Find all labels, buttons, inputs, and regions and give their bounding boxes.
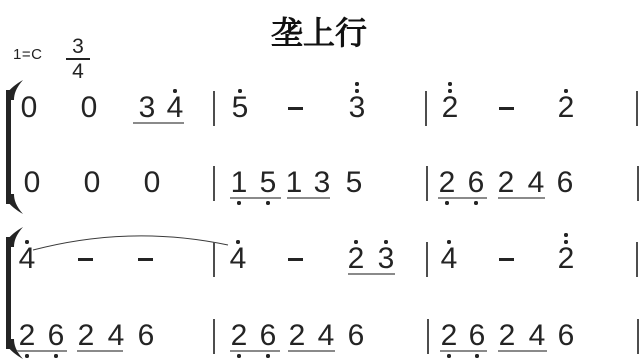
barline <box>213 319 215 354</box>
octave-dot <box>354 240 357 243</box>
note-digit: 4 <box>441 244 458 274</box>
beam-underline <box>498 350 547 352</box>
note-digit: 4 <box>19 244 36 274</box>
dash-rest-extension <box>499 107 514 110</box>
barline <box>637 166 639 201</box>
barline <box>213 242 215 277</box>
octave-dot <box>447 354 450 357</box>
beam-underline <box>438 197 487 199</box>
dash-rest-extension <box>288 258 303 261</box>
octave-dot <box>445 201 448 204</box>
octave-dot <box>384 240 387 243</box>
note-digit: 4 <box>528 168 545 198</box>
note-digit: 1 <box>231 168 248 198</box>
octave-dot <box>266 354 269 357</box>
dash-rest-extension <box>499 258 514 261</box>
dash-rest-extension <box>78 258 93 261</box>
octave-dot <box>237 201 240 204</box>
octave-dot <box>25 240 28 243</box>
note-digit: 2 <box>439 168 456 198</box>
octave-dot <box>236 240 239 243</box>
octave-dot <box>447 240 450 243</box>
note-digit: 6 <box>468 168 485 198</box>
beam-underline <box>498 197 545 199</box>
beam-underline <box>230 350 280 352</box>
barline <box>426 242 428 277</box>
octave-dot <box>564 233 567 236</box>
note-digit: 1 <box>286 168 303 198</box>
note-digit: 3 <box>139 93 156 123</box>
note-digit: 4 <box>230 244 247 274</box>
octave-dot <box>448 89 451 92</box>
note-digit: 5 <box>260 168 277 198</box>
sheet-music-page: 1=C 3 4 垄上行 0034532200015135262464423422… <box>0 0 643 364</box>
note-digit: 2 <box>289 321 306 351</box>
note-digit: 2 <box>498 168 515 198</box>
note-digit: 4 <box>167 93 184 123</box>
note-digit: 3 <box>314 168 331 198</box>
barline <box>636 242 638 277</box>
note-digit: 0 <box>21 93 38 123</box>
note-digit: 5 <box>346 168 363 198</box>
note-digit: 2 <box>499 321 516 351</box>
note-digit: 0 <box>81 93 98 123</box>
octave-dot <box>475 354 478 357</box>
octave-dot <box>474 201 477 204</box>
note-digit: 6 <box>469 321 486 351</box>
note-digit: 0 <box>144 168 161 198</box>
note-digit: 6 <box>557 168 574 198</box>
octave-dot <box>355 89 358 92</box>
octave-dot <box>25 354 28 357</box>
dash-rest-extension <box>138 258 153 261</box>
note-digit: 3 <box>349 93 366 123</box>
barline <box>213 91 215 126</box>
octave-dot <box>54 354 57 357</box>
barline <box>637 319 639 354</box>
note-digit: 2 <box>19 321 36 351</box>
octave-dot <box>266 201 269 204</box>
barline <box>425 91 427 126</box>
note-digit: 4 <box>108 321 125 351</box>
barline <box>426 166 428 201</box>
barline <box>636 91 638 126</box>
note-digit: 2 <box>558 244 575 274</box>
note-digit: 2 <box>441 321 458 351</box>
note-digit: 3 <box>378 244 395 274</box>
note-digit: 4 <box>529 321 546 351</box>
note-digit: 6 <box>138 321 155 351</box>
note-digit: 6 <box>48 321 65 351</box>
octave-dot <box>238 89 241 92</box>
octave-dot <box>237 354 240 357</box>
note-digit: 2 <box>348 244 365 274</box>
beam-underline <box>133 122 184 124</box>
beam-underline <box>17 350 67 352</box>
dash-rest-extension <box>288 107 303 110</box>
beam-underline <box>348 273 395 275</box>
note-digit: 5 <box>232 93 249 123</box>
octave-dot <box>564 240 567 243</box>
octave-dot <box>564 89 567 92</box>
note-digit: 6 <box>348 321 365 351</box>
note-digit: 2 <box>442 93 459 123</box>
note-digit: 0 <box>24 168 41 198</box>
score-area: 0034532200015135262464423422624626246262… <box>0 0 643 364</box>
note-digit: 4 <box>318 321 335 351</box>
beam-underline <box>77 350 123 352</box>
note-digit: 2 <box>231 321 248 351</box>
octave-dot <box>448 82 451 85</box>
note-digit: 6 <box>558 321 575 351</box>
octave-dot <box>173 89 176 92</box>
note-digit: 2 <box>558 93 575 123</box>
beam-underline <box>230 197 281 199</box>
note-digit: 0 <box>84 168 101 198</box>
barline <box>213 166 215 201</box>
beam-underline <box>287 197 330 199</box>
note-digit: 6 <box>260 321 277 351</box>
beam-underline <box>288 350 335 352</box>
octave-dot <box>355 82 358 85</box>
beam-underline <box>440 350 487 352</box>
barline <box>427 319 429 354</box>
note-digit: 2 <box>78 321 95 351</box>
